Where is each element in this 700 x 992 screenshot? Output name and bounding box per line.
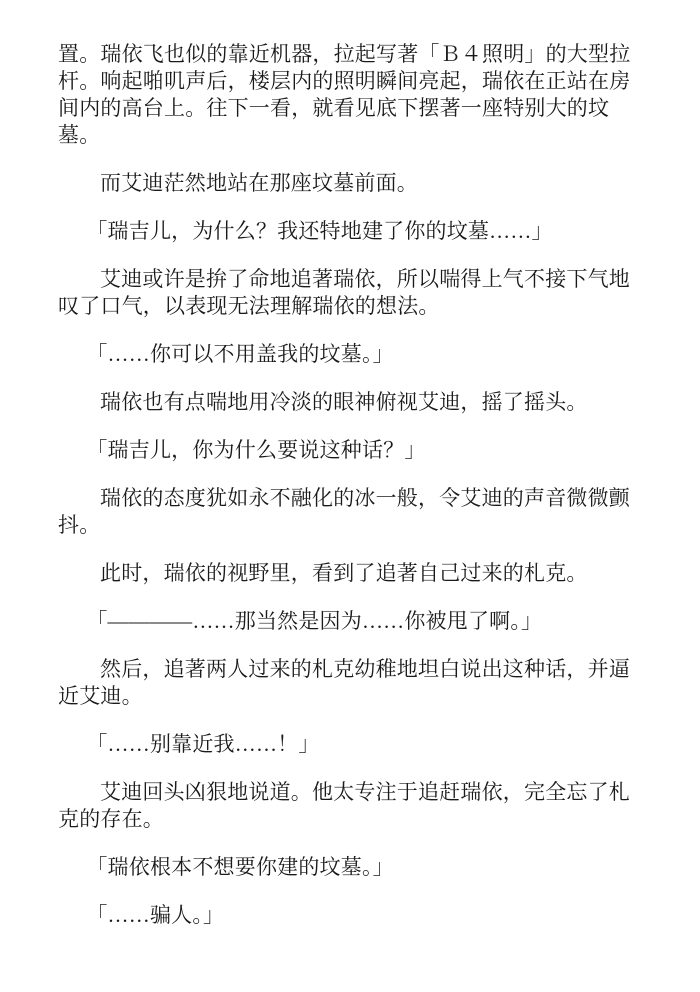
paragraph-13: 艾迪回头凶狠地说道。他太专注于追赶瑞依，完全忘了札克的存在。 [58,779,642,833]
paragraph-6: 瑞依也有点喘地用冷淡的眼神俯视艾迪，摇了摇头。 [58,389,642,416]
paragraph-7: 「瑞吉儿，你为什么要说这种话？」 [58,437,642,464]
paragraph-3: 「瑞吉儿，为什么？我还特地建了你的坟墓……」 [58,218,642,245]
paragraph-11: 然后，追著两人过来的札克幼稚地坦白说出这种话，并逼近艾迪。 [58,656,642,710]
paragraph-14: 「瑞依根本不想要你建的坟墓。」 [58,854,642,881]
paragraph-5: 「……你可以不用盖我的坟墓。」 [58,341,642,368]
paragraph-8: 瑞依的态度犹如永不融化的冰一般，令艾迪的声音微微颤抖。 [58,485,642,539]
text-column: 置。瑞依飞也似的靠近机器，拉起写著「Ｂ４照明」的大型拉杆。响起啪叽声后，楼层内的… [58,41,642,950]
paragraph-2: 而艾迪茫然地站在那座坟墓前面。 [58,170,642,197]
paragraph-4: 艾迪或许是拚了命地追著瑞依，所以喘得上气不接下气地叹了口气，以表现无法理解瑞依的… [58,266,642,320]
paragraph-10: 「————……那当然是因为……你被甩了啊。」 [58,608,642,635]
paragraph-9: 此时，瑞依的视野里，看到了追著自己过来的札克。 [58,560,642,587]
paragraph-12: 「……别靠近我……！」 [58,731,642,758]
paragraph-15: 「……骗人。」 [58,902,642,929]
page: { "page": { "background_color": "#ffffff… [0,0,700,992]
paragraph-1: 置。瑞依飞也似的靠近机器，拉起写著「Ｂ４照明」的大型拉杆。响起啪叽声后，楼层内的… [58,41,642,149]
